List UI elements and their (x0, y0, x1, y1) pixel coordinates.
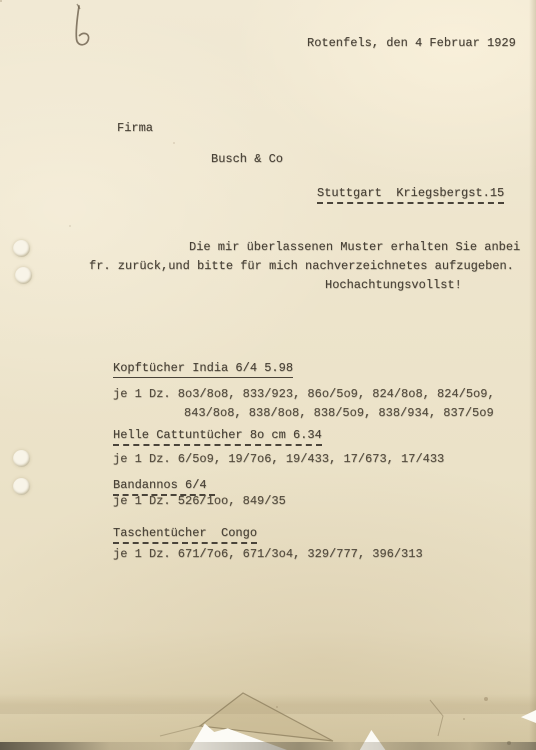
torn-bottom-edge (0, 742, 536, 750)
folded-corner-flap (0, 0, 536, 750)
letter-scan: Rotenfels, den 4 Februar 1929 Firma Busc… (0, 0, 536, 750)
